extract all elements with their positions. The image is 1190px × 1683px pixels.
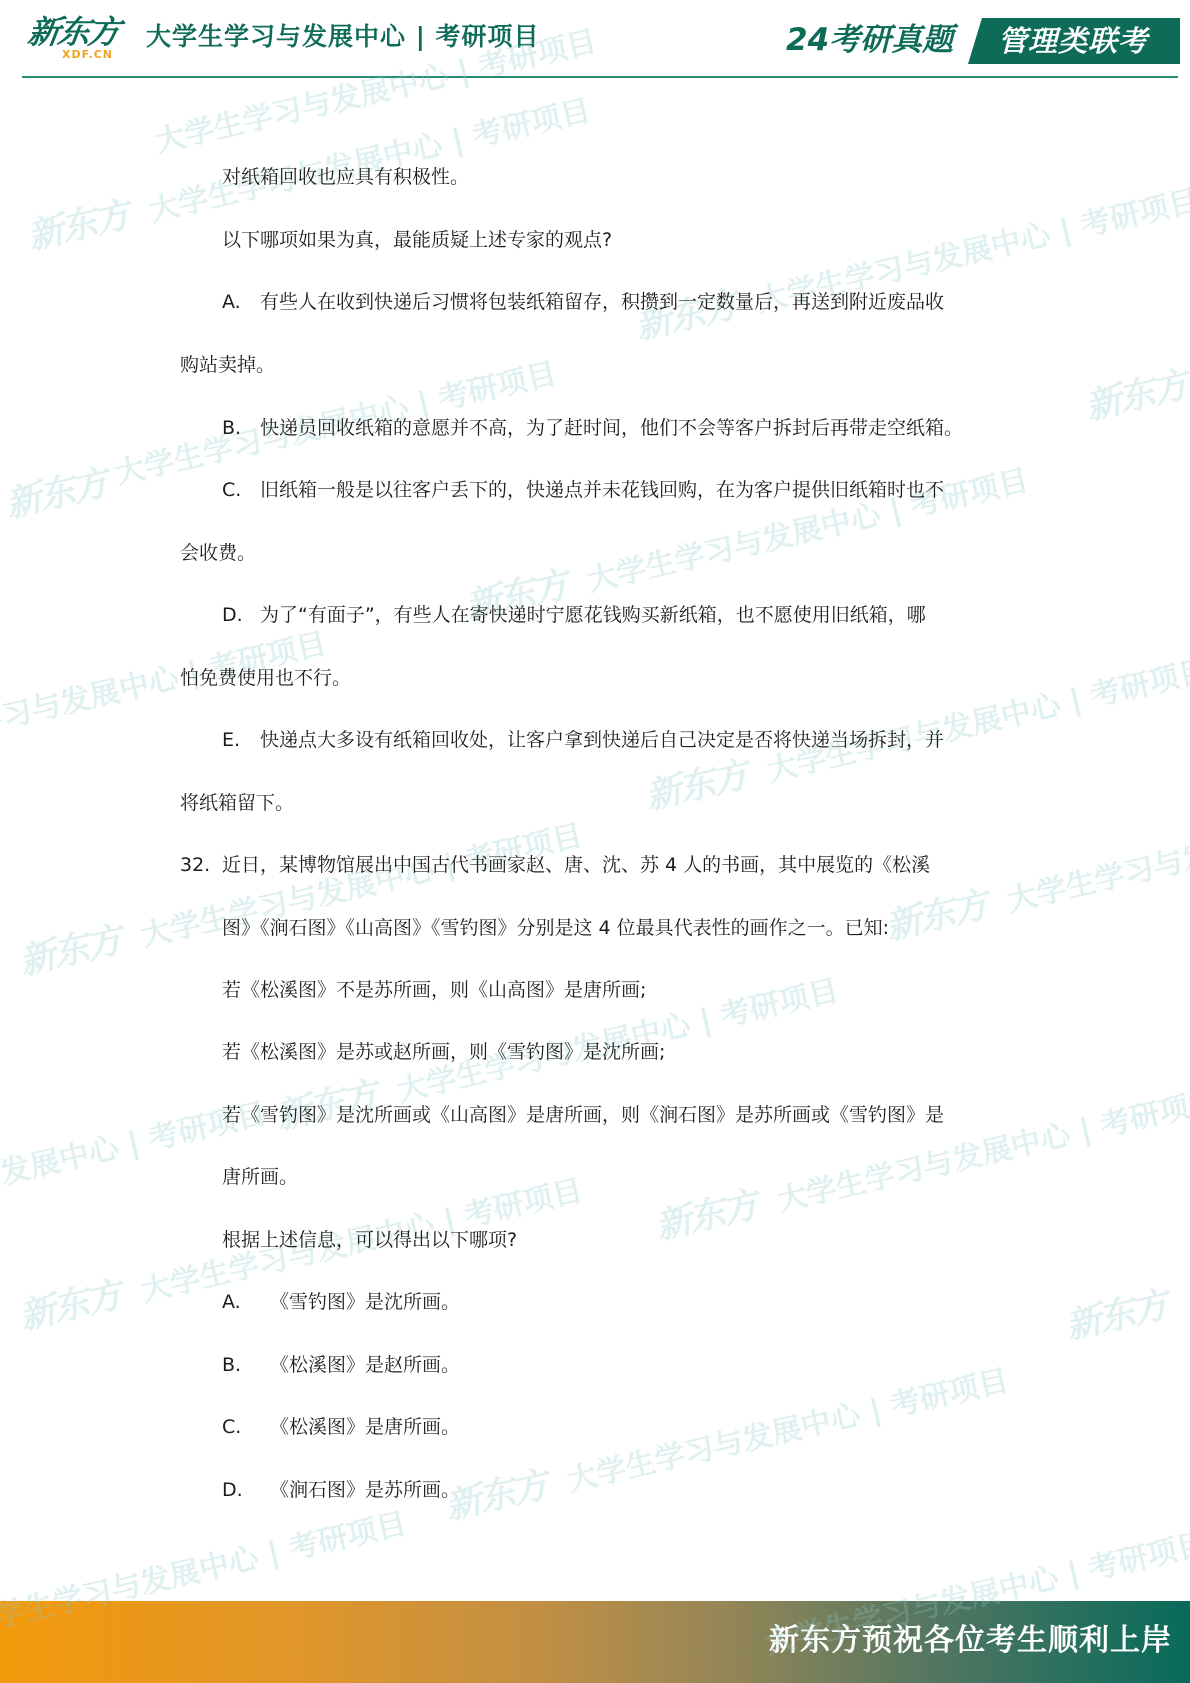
header-exam-tag: 管理类联考 (968, 18, 1180, 64)
option-text: 快递点大多设有纸箱回收处，让客户拿到快递后自己决定是否将快递当场拆封，并 (260, 729, 944, 751)
q32-stem-line-1: 32.近日，某博物馆展出中国古代书画家赵、唐、沈、苏 4 人的书画，其中展览的《… (180, 852, 930, 878)
q32-stem-line-2: 图》《涧石图》《山高图》《雪钓图》分别是这 4 位最具代表性的画作之一。已知: (222, 915, 889, 941)
q32-option-b: B.《松溪图》是赵所画。 (222, 1352, 460, 1378)
q32-condition-1: 若《松溪图》不是苏所画，则《山高图》是唐所画; (222, 977, 646, 1003)
watermark: 新东方大学生学习与发展中心 | 考研项目 (650, 1070, 1190, 1249)
q32-condition-3: 若《雪钓图》是沈所画或《山高图》是唐所画，则《涧石图》是苏所画或《雪钓图》是 (222, 1102, 944, 1128)
q31-option-e-cont: 将纸箱留下。 (180, 790, 294, 816)
q31-option-a: A.有些人在收到快递后习惯将包装纸箱留存，积攒到一定数量后，再送到附近废品收 (222, 289, 944, 315)
option-label: D. (222, 1477, 270, 1503)
q31-option-b: B.快递员回收纸箱的意愿并不高，为了赶时间，他们不会等客户拆封后再带走空纸箱。 (222, 415, 963, 441)
option-text: 《松溪图》是赵所画。 (270, 1354, 460, 1376)
q32-condition-2: 若《松溪图》是苏或赵所画，则《雪钓图》是沈所画; (222, 1039, 665, 1065)
watermark: 新东方大学生学习与发展中心 | 考研项目 (630, 170, 1190, 349)
logo-english: XDF.CN (62, 48, 113, 61)
option-text: 为了“有面子”，有些人在寄快递时宁愿花钱购买新纸箱，也不愿使用旧纸箱，哪 (260, 604, 926, 626)
q32-option-a: A.《雪钓图》是沈所画。 (222, 1289, 460, 1315)
q32-condition-3-cont: 唐所画。 (222, 1164, 298, 1190)
option-text: 《雪钓图》是沈所画。 (270, 1291, 460, 1313)
option-label: D. (222, 602, 260, 628)
header-org-title: 大学生学习与发展中心 | 考研项目 (146, 20, 540, 54)
q31-option-e: E.快递点大多设有纸箱回收处，让客户拿到快递后自己决定是否将快递当场拆封，并 (222, 727, 944, 753)
header-divider (22, 76, 1178, 78)
q31-stem: 以下哪项如果为真，最能质疑上述专家的观点? (222, 227, 612, 253)
option-label: C. (222, 477, 260, 503)
option-label: A. (222, 1289, 270, 1315)
page-footer-banner: 新东方预祝各位考生顺利上岸 (0, 1601, 1190, 1683)
logo-chinese: 新东方 (25, 14, 120, 50)
option-text: 《涧石图》是苏所画。 (270, 1479, 460, 1501)
watermark: 新东方大学生学习与发展中心 | 考研项目 (440, 1350, 1013, 1529)
footer-slogan: 新东方预祝各位考生顺利上岸 (769, 1621, 1172, 1661)
q31-option-d: D.为了“有面子”，有些人在寄快递时宁愿花钱购买新纸箱，也不愿使用旧纸箱，哪 (222, 602, 926, 628)
q31-option-a-cont: 购站卖掉。 (180, 352, 275, 378)
option-label: E. (222, 727, 260, 753)
q31-option-d-cont: 怕免费使用也不行。 (180, 665, 351, 691)
watermark: 新东方大学生学习与发展中心 | 考研项目 (14, 805, 587, 984)
q32-option-d: D.《涧石图》是苏所画。 (222, 1477, 460, 1503)
option-label: B. (222, 415, 260, 441)
option-label: B. (222, 1352, 270, 1378)
watermark: 新东方 (1080, 352, 1190, 430)
header-exam-title: 24考研真题 (786, 20, 953, 60)
option-text: 有些人在收到快递后习惯将包装纸箱留存，积攒到一定数量后，再送到附近废品收 (260, 291, 944, 313)
q32-prompt: 根据上述信息，可以得出以下哪项? (222, 1227, 517, 1253)
option-text: 旧纸箱一般是以往客户丢下的，快递点并未花钱回购，在为客户提供旧纸箱时也不 (260, 479, 944, 501)
option-text: 快递员回收纸箱的意愿并不高，为了赶时间，他们不会等客户拆封后再带走空纸箱。 (260, 417, 963, 439)
option-text: 《松溪图》是唐所画。 (270, 1416, 460, 1438)
q31-option-c: C.旧纸箱一般是以往客户丢下的，快递点并未花钱回购，在为客户提供旧纸箱时也不 (222, 477, 944, 503)
q32-option-c: C.《松溪图》是唐所画。 (222, 1414, 460, 1440)
watermark: 新东方 (1060, 1272, 1190, 1350)
option-label: C. (222, 1414, 270, 1440)
question-number: 32. (180, 852, 222, 878)
page-header: 新东方 XDF.CN 大学生学习与发展中心 | 考研项目 24考研真题 管理类联… (0, 0, 1190, 80)
q31-option-c-cont: 会收费。 (180, 540, 256, 566)
xdf-logo: 新东方 XDF.CN (28, 14, 128, 64)
watermark: 新东方 (0, 450, 132, 528)
option-label: A. (222, 289, 260, 315)
q31-continuation: 对纸箱回收也应具有积极性。 (222, 164, 469, 190)
header-exam-tag-label: 管理类联考 (998, 21, 1148, 61)
